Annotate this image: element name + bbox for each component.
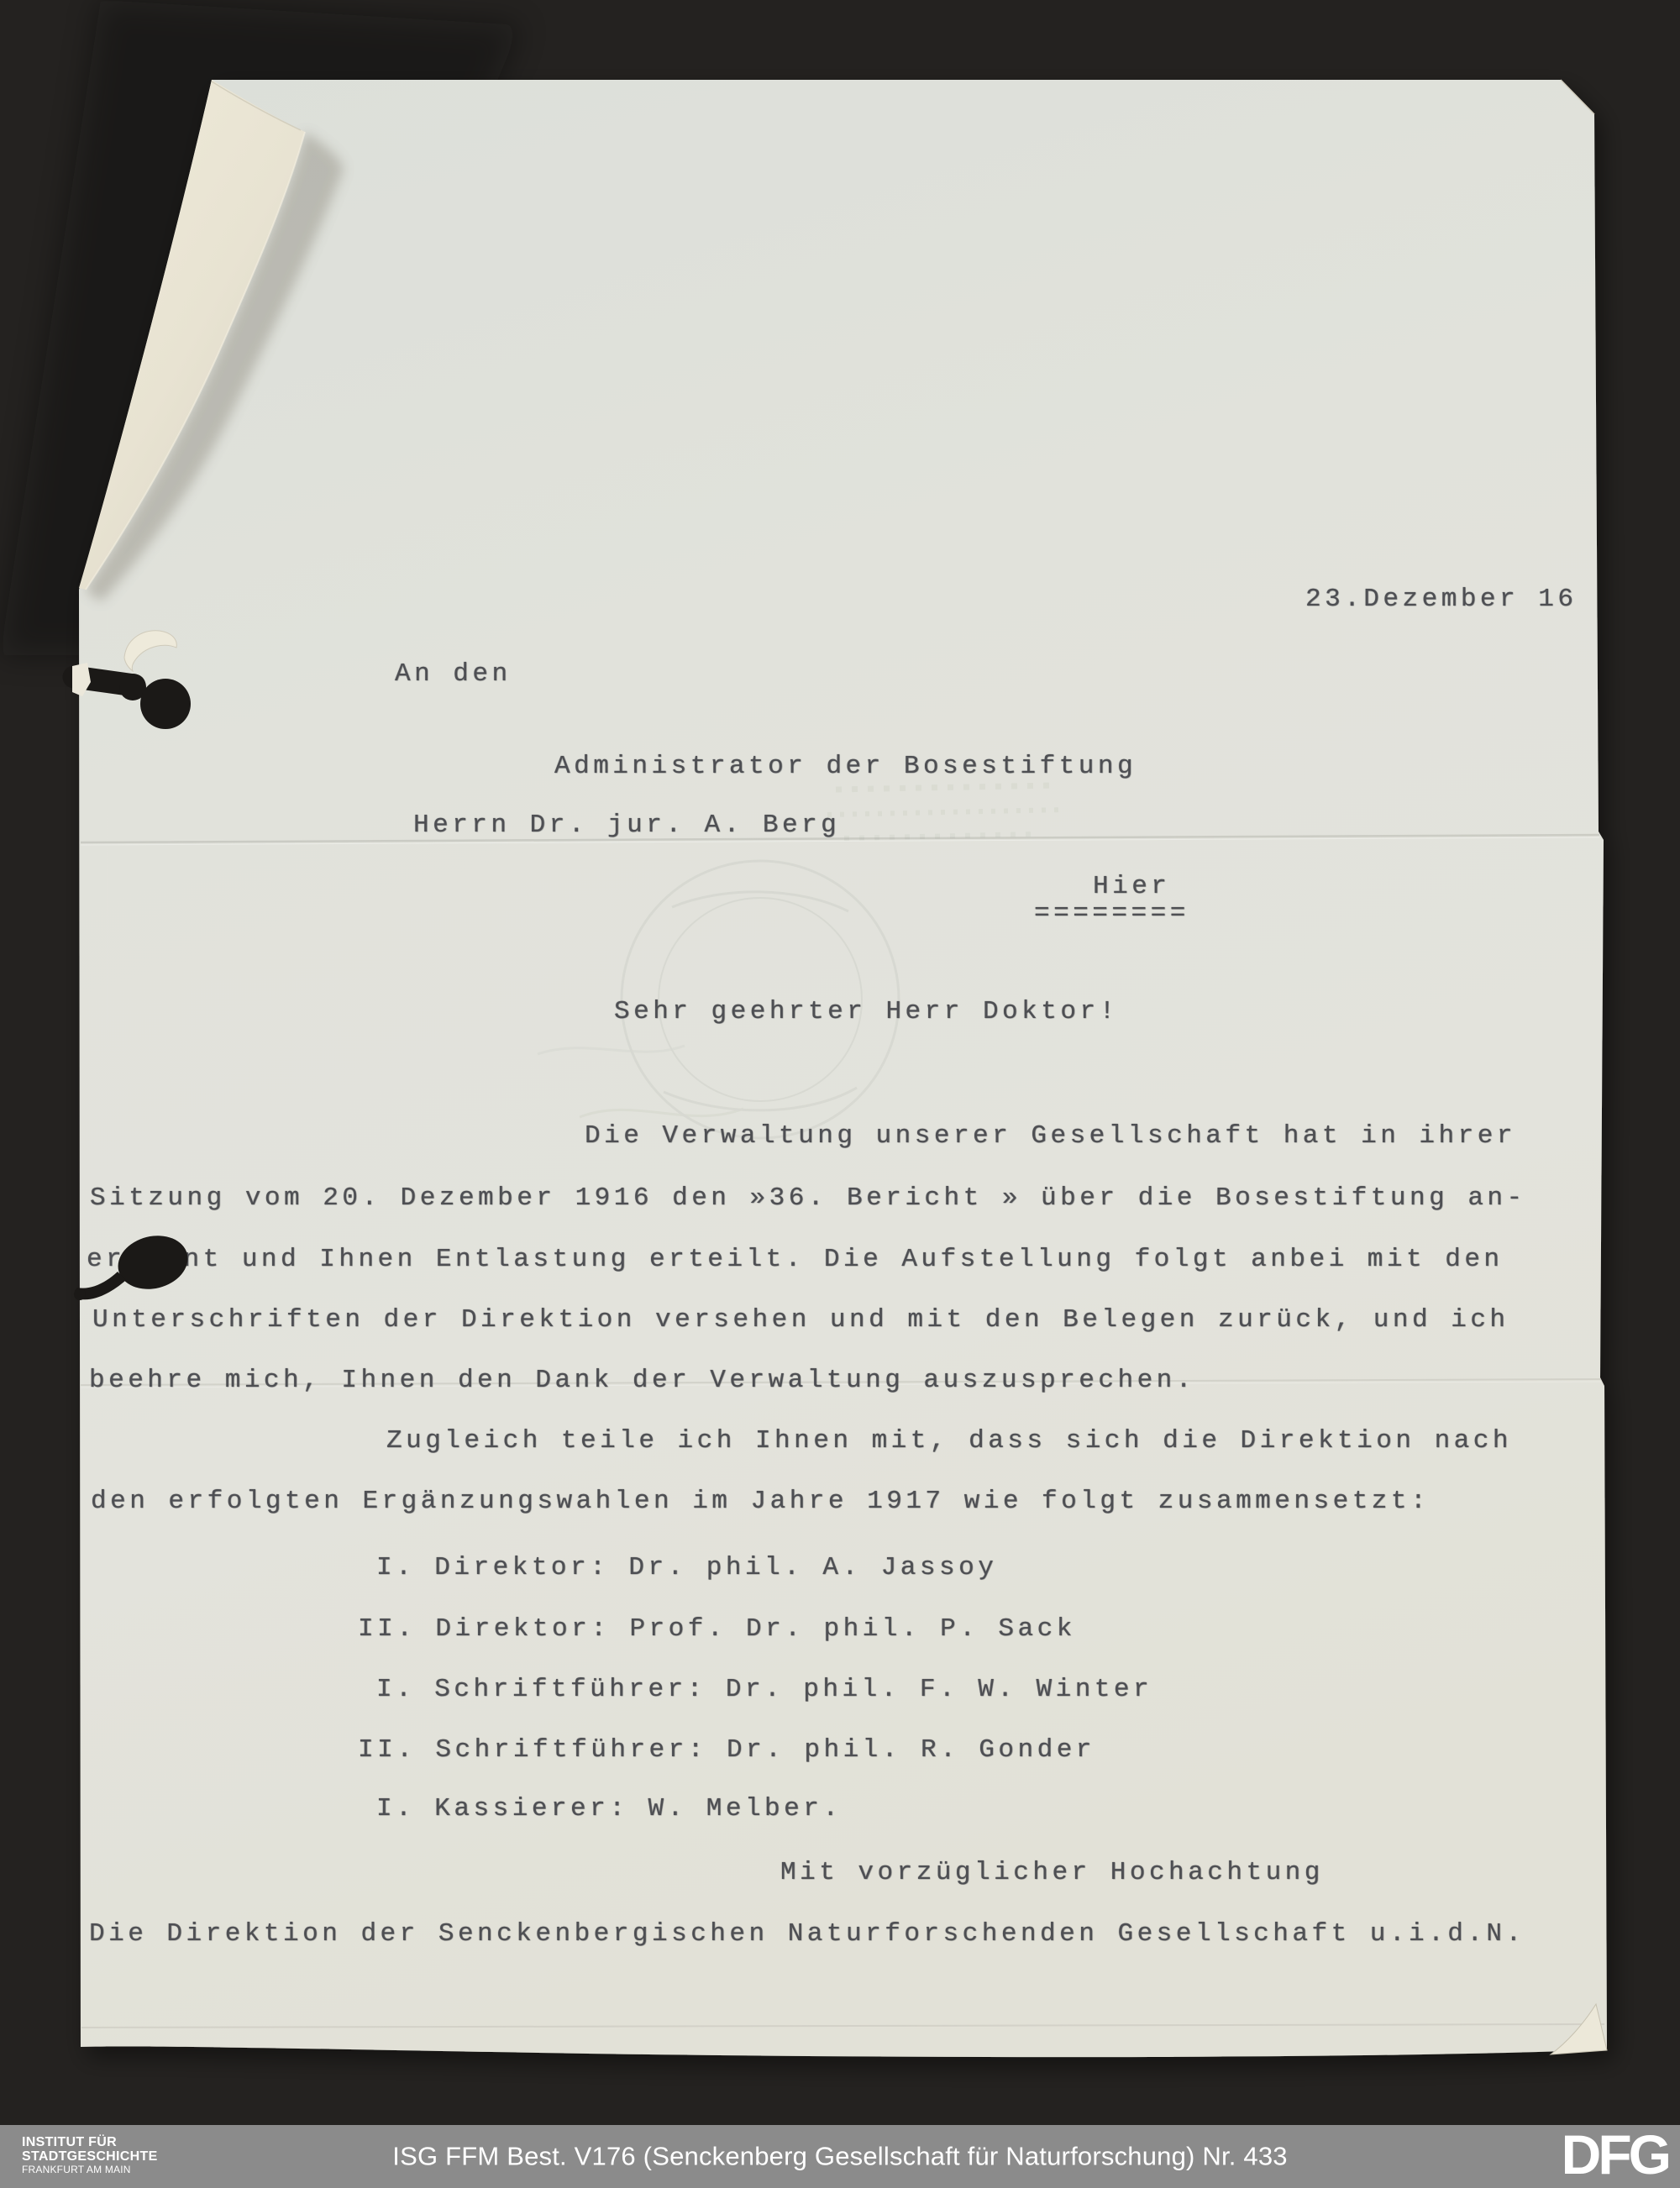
date-line: 23.Dezember 16 xyxy=(1305,583,1577,617)
body-line: Sitzung vom 20. Dezember 1916 den »36. B… xyxy=(90,1182,1526,1215)
archive-footer: INSTITUT FÜR STADTGESCHICHTE FRANKFURT A… xyxy=(0,2125,1680,2188)
recipient-line-3: Herrn Dr. jur. A. Berg xyxy=(413,809,840,842)
archive-scan-view: 23.Dezember 16 An den Administrator der … xyxy=(0,0,1680,2188)
dfg-logo: DFG xyxy=(1562,2122,1668,2185)
place-underline: ======== xyxy=(1034,897,1189,931)
board-list-item: I. Schriftführer: Dr. phil. F. W. Winter xyxy=(376,1673,1152,1707)
body-line: erkannt und Ihnen Entlastung erteilt. Di… xyxy=(87,1243,1504,1277)
letter-text: 23.Dezember 16 An den Administrator der … xyxy=(0,0,1680,2188)
board-list-item: I. Direktor: Dr. phil. A. Jassoy xyxy=(376,1551,997,1585)
board-list-item: II. Direktor: Prof. Dr. phil. P. Sack xyxy=(358,1613,1076,1646)
board-list-item: I. Kassierer: W. Melber. xyxy=(376,1792,842,1826)
body-line: Die Verwaltung unserer Gesellschaft hat … xyxy=(585,1120,1516,1153)
recipient-line-1: An den xyxy=(395,658,512,691)
closing-line: Mit vorzüglicher Hochachtung xyxy=(780,1856,1324,1890)
body-line: Unterschriften der Direktion versehen un… xyxy=(92,1304,1509,1337)
body-line: den erfolgten Ergänzungswahlen im Jahre … xyxy=(91,1485,1430,1519)
board-list-item: II. Schriftführer: Dr. phil. R. Gonder xyxy=(358,1734,1095,1767)
recipient-line-2: Administrator der Bosestiftung xyxy=(554,750,1137,784)
body-line: Zugleich teile ich Ihnen mit, dass sich … xyxy=(386,1425,1512,1458)
archive-reference: ISG FFM Best. V176 (Senckenberg Gesellsc… xyxy=(0,2141,1680,2171)
signature-line: Die Direktion der Senckenbergischen Natu… xyxy=(89,1918,1525,1951)
salutation-line: Sehr geehrter Herr Doktor! xyxy=(614,995,1119,1029)
body-line: beehre mich, Ihnen den Dank der Verwaltu… xyxy=(89,1364,1195,1398)
